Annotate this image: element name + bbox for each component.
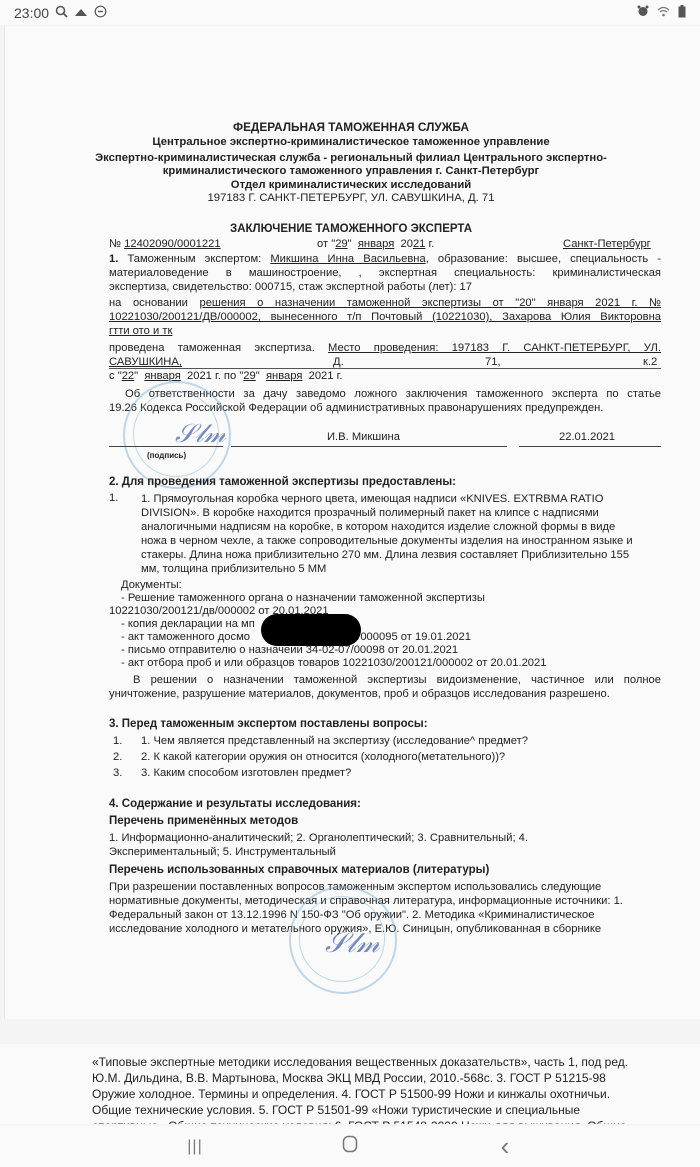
signature-caption: (подпись) — [147, 449, 186, 462]
place-line1: проведена таможенная экспертиза. Место п… — [109, 342, 661, 355]
basis-line2: 10221030/200121/ДВ/000002, вынесенного т… — [109, 311, 661, 324]
methods-line1: 1. Информационно-аналитический; 2. Орган… — [109, 832, 528, 845]
question-3: 3. Каким способом изготовлен предмет? — [141, 767, 351, 780]
methods-line2: Экспериментальный; 5. Инструментальный — [109, 846, 336, 859]
section2-item-1-line4: ножа в черном чехле, а также сопроводите… — [141, 534, 633, 548]
signer-name: И.В. Микшина — [327, 431, 400, 444]
doc-item-5: - акт отбора проб и или образцов товаров… — [121, 657, 546, 670]
agency-title: ФЕДЕРАЛЬНАЯ ТАМОЖЕННАЯ СЛУЖБА — [1, 120, 700, 134]
question-1: 1. Чем является представленный на экспер… — [141, 735, 528, 748]
search-icon — [55, 5, 68, 21]
doc-item-2: - копия декларации на мп — [121, 618, 255, 631]
place-building: к.2 — [643, 356, 657, 369]
place-number: 71, — [485, 356, 501, 369]
document-title: ЗАКЛЮЧЕНИЕ ТАМОЖЕННОГО ЭКСПЕРТА — [1, 223, 700, 235]
basis-line3: гтти ото и тк — [109, 325, 172, 338]
question-3-num: 3. — [113, 767, 122, 780]
page2-line2: Ю.М. Дильдина, В.В. Мартынова, Москва ЭК… — [92, 1071, 606, 1086]
cloud-icon — [74, 5, 88, 20]
section2-item-num: 1. — [109, 492, 118, 505]
battery-icon — [678, 5, 686, 21]
home-button[interactable] — [335, 1135, 365, 1159]
page2-line3: Оружие холодное. Термины и определения. … — [92, 1087, 610, 1102]
document-page-1[interactable]: ФЕДЕРАЛЬНАЯ ТАМОЖЕННАЯ СЛУЖБА Центрально… — [4, 26, 700, 1019]
agency-branch-line1: Экспертно-криминалистическая служба - ре… — [1, 152, 700, 164]
section3-title: 3. Перед таможенным экспертом поставлены… — [109, 718, 428, 731]
doc-item-4: - письмо отправителю о назначеии 34-02-0… — [121, 644, 458, 657]
conclusion-date: от "29" января 2021 г. — [317, 238, 434, 251]
alarm-icon — [637, 5, 649, 20]
page2-line5: спортивные» Общие технические условия; 6… — [92, 1119, 627, 1124]
doc-item-1: - Решение таможенного органа о назначени… — [121, 592, 485, 605]
expert-line3: экспертиза, свидетельство: 000715, стаж … — [109, 281, 472, 294]
signature-line — [109, 446, 223, 447]
exam-period: с "22" января 2021 г. по "29" января 202… — [109, 370, 342, 383]
page2-line4: Общие технические условия. 5. ГОСТ Р 515… — [92, 1103, 580, 1118]
doc-item-3: - акт таможенного досмо — [121, 631, 250, 644]
sign-date: 22.01.2021 — [559, 431, 615, 444]
place-underline — [109, 368, 661, 369]
department: Отдел криминалистических исследований — [1, 179, 700, 191]
conclusion-city: Санкт-Петербург — [563, 238, 651, 251]
place-house: Д. — [333, 356, 344, 369]
doc-item-3-tail: 1/000095 от 19.01.2021 — [351, 631, 471, 644]
section2-title: 2. Для проведения таможенной экспертизы … — [109, 476, 456, 489]
back-button[interactable]: ‹ — [490, 1131, 520, 1162]
permission-line2: уничтожение, разрушение материалов, доку… — [109, 688, 610, 701]
section2-item-1-line6: мм, толщина приблизительно 5 ММ — [141, 562, 326, 576]
question-1-num: 1. — [113, 735, 122, 748]
signature-scribble-2: 𝒮𝓁𝓂 — [325, 926, 380, 960]
do-not-disturb-icon — [94, 5, 107, 21]
question-2: 2. К какой категории оружия он относится… — [141, 751, 505, 764]
section4-title: 4. Содержание и результаты исследования: — [109, 798, 361, 811]
permission-line1: В решении о назначении таможенной экспер… — [133, 674, 661, 687]
expert-line2: материаловедение в машиностроение, , экс… — [109, 267, 661, 280]
expert-line1: 1. Таможенным экспертом: Микшина Инна Ва… — [109, 253, 661, 266]
question-2-num: 2. — [113, 751, 122, 764]
signer-line — [231, 446, 507, 447]
document-page-2[interactable]: «Типовые экспертные методики исследовани… — [0, 1044, 700, 1124]
literature-title: Перечень использованных справочных матер… — [109, 864, 489, 877]
clock: 23:00 — [14, 5, 49, 21]
conclusion-number: № 12402090/0001221 — [109, 238, 221, 251]
documents-label: Документы: — [121, 579, 182, 592]
section2-item-1-line2: DIVISION». В коробке находится прозрачны… — [141, 506, 599, 520]
agency-address: 197183 Г. САНКТ-ПЕТЕРБУРГ, УЛ. САВУШКИНА… — [1, 192, 700, 204]
wifi-icon — [657, 5, 670, 20]
basis-line1: на основании решения о назначении таможе… — [109, 297, 661, 310]
agency-branch-line2: криминалистического таможенного управлен… — [1, 165, 700, 177]
date-line — [519, 446, 661, 447]
section2-item-1-line3: аналогичными надписям на коробке, в кото… — [141, 520, 615, 534]
page2-line1: «Типовые экспертные методики исследовани… — [92, 1055, 628, 1070]
section2-item-1-line5: стакеры. Длина ножа приблизительно 270 м… — [141, 548, 629, 562]
agency-subtitle: Центральное экспертно-криминалистическое… — [1, 136, 700, 148]
navigation-bar: ||| ‹ — [0, 1126, 700, 1167]
redaction-blob — [261, 614, 361, 646]
methods-title: Перечень применённых методов — [109, 815, 298, 828]
recents-button[interactable]: ||| — [180, 1138, 210, 1156]
status-bar: 23:00 — [0, 0, 700, 25]
section2-item-1-line1: 1. Прямоугольная коробка черного цвета, … — [141, 492, 603, 506]
